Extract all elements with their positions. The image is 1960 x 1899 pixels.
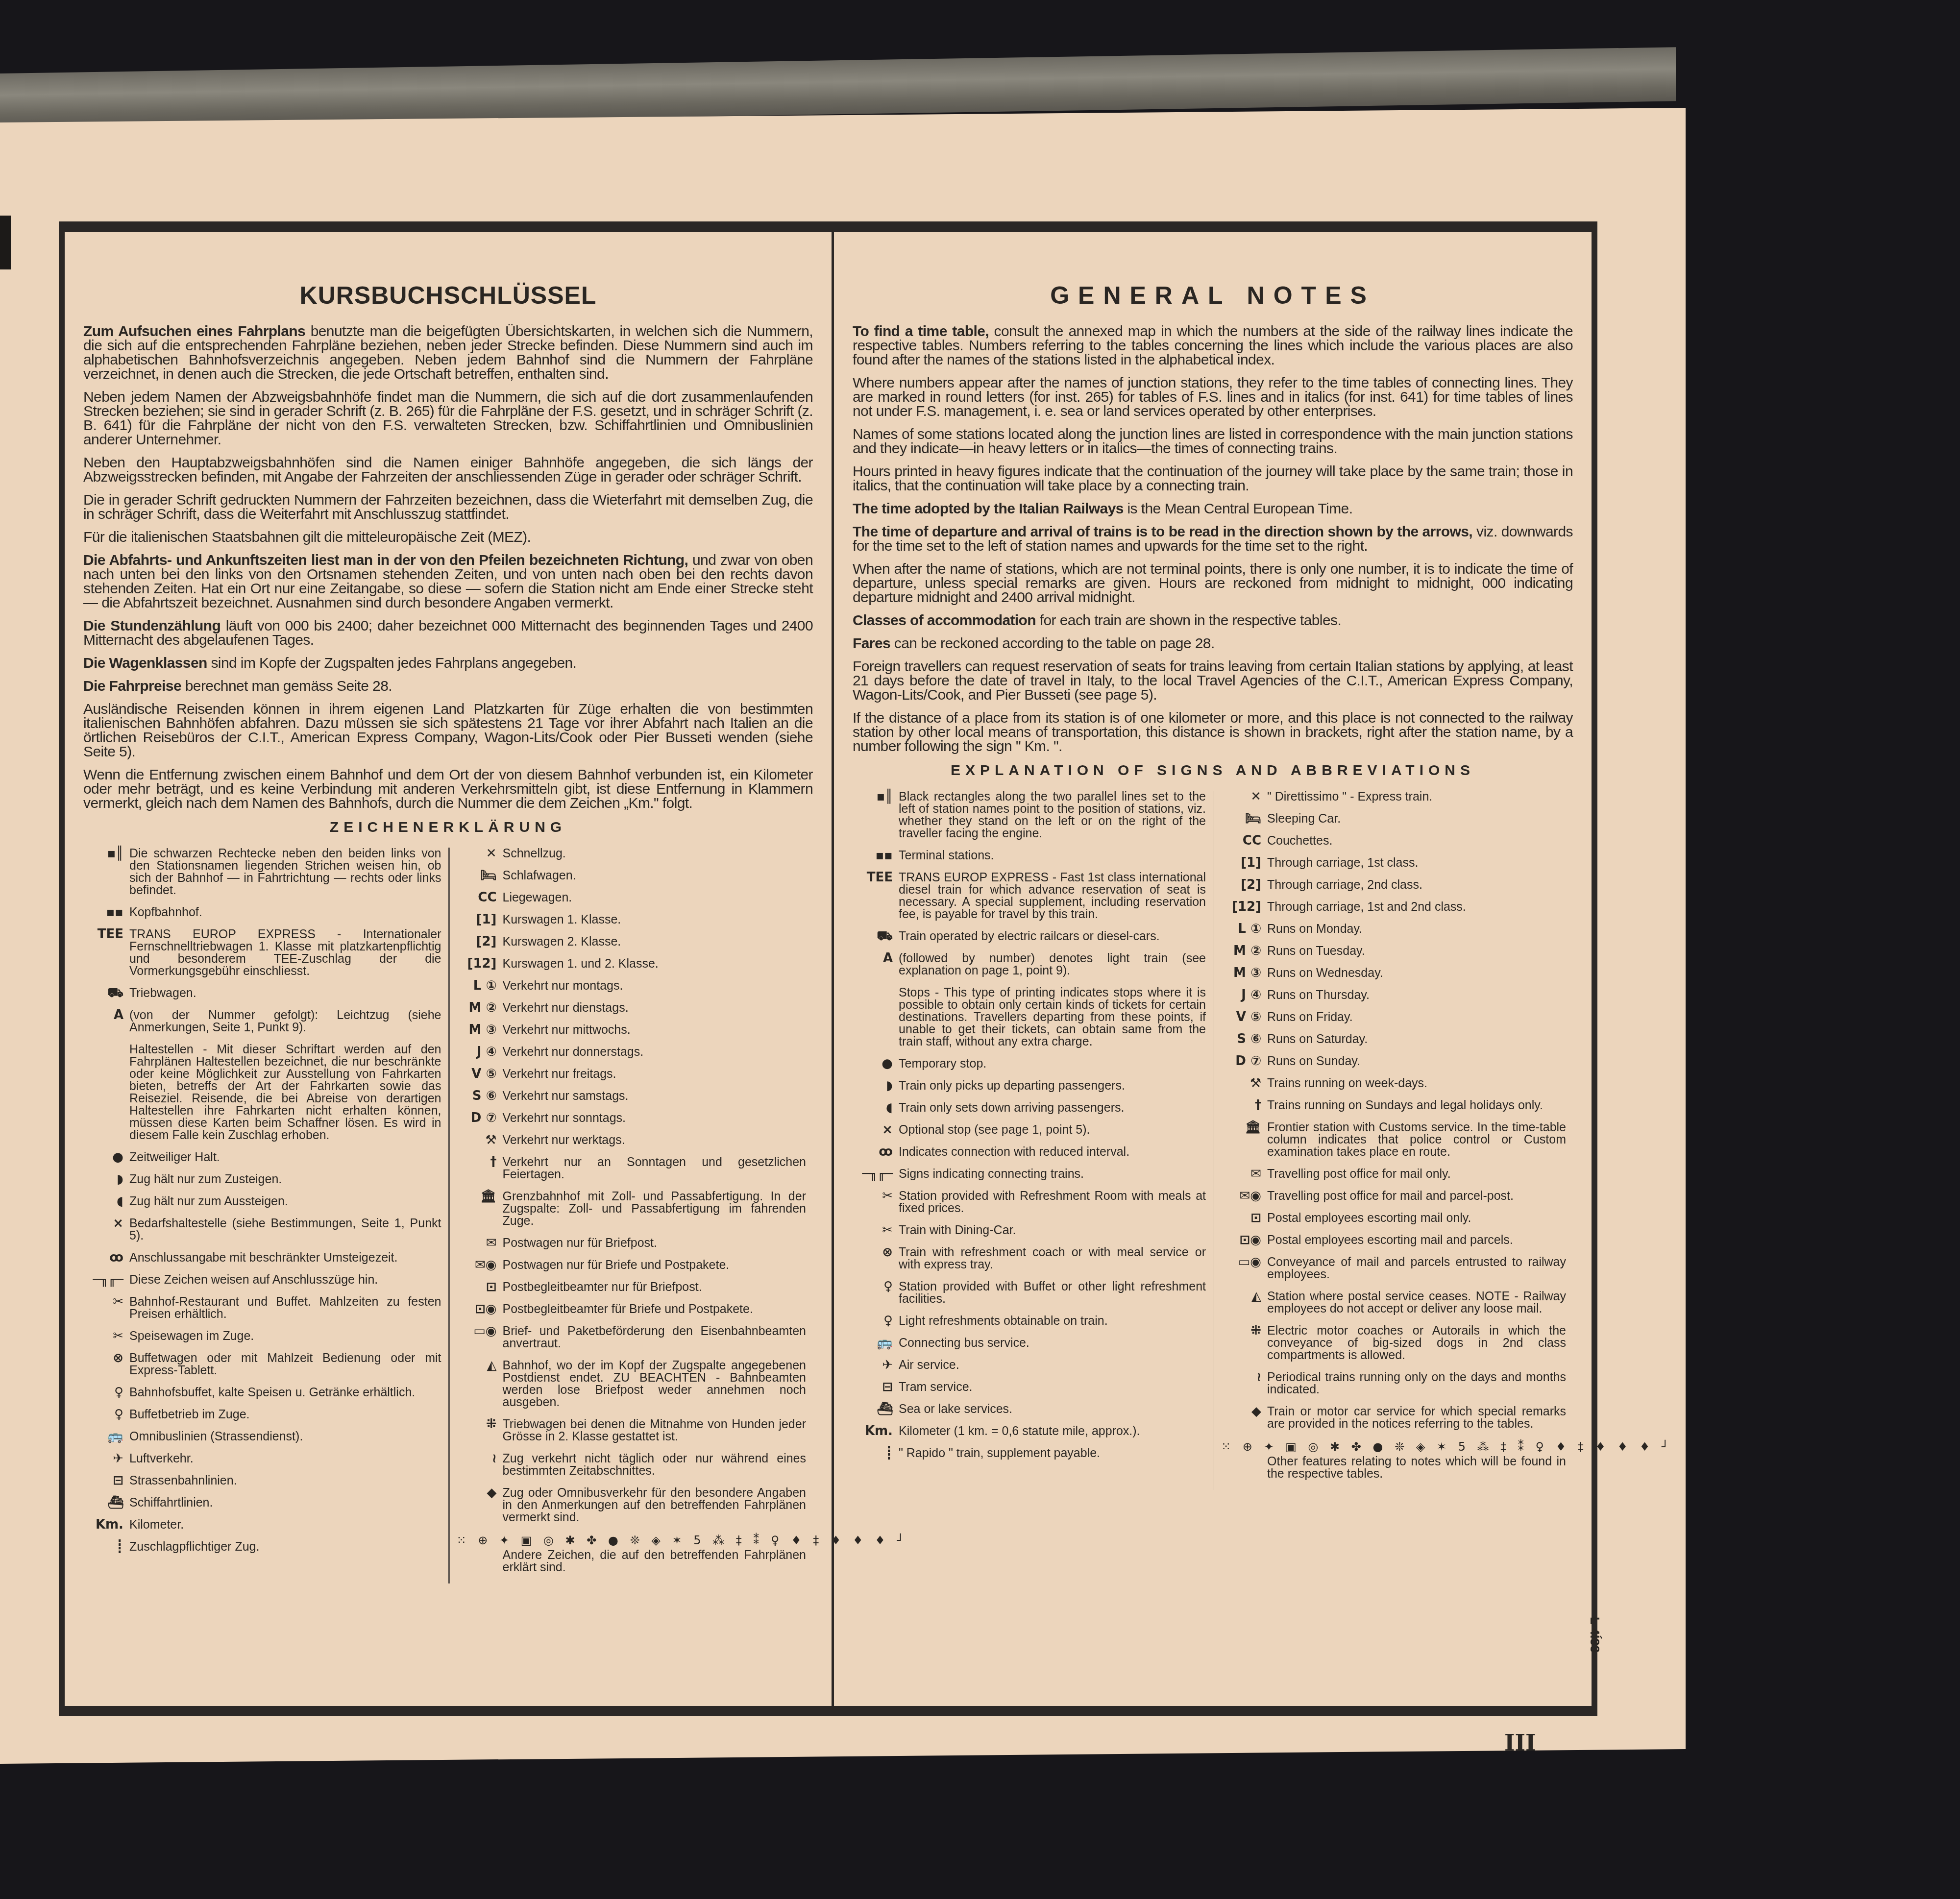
legend-text: Station provided with Refreshment Room w…: [899, 1190, 1206, 1215]
tee-icon: TEE: [853, 872, 899, 884]
legend-item: V ⑤Verkehrt nur freitags.: [457, 1068, 807, 1080]
legend-text: Postal employees escorting mail only.: [1267, 1212, 1566, 1224]
german-paragraphs: Zum Aufsuchen eines Fahrplans benutzte m…: [83, 324, 813, 810]
paragraph-text: Wenn die Entfernung zwischen einem Bahnh…: [83, 767, 813, 811]
legend-item: ✂Bahnhof-Restaurant und Buffet. Mahlzeit…: [83, 1296, 441, 1320]
legend-item: ×Optional stop (see page 1, point 5).: [853, 1124, 1206, 1136]
station-rectangles-icon: ▪║: [853, 791, 899, 803]
train-buffet-icon: ♀: [83, 1409, 129, 1421]
legend-item: ⊗Train with refreshment coach or with me…: [853, 1246, 1206, 1271]
legend-item: ◭Bahnhof, wo der im Kopf der Zugspalte a…: [457, 1360, 807, 1409]
paragraph: If the distance of a place from its stat…: [853, 711, 1573, 754]
legend-text: Air service.: [899, 1359, 1206, 1371]
legend-text: Kopfbahnhof.: [129, 906, 441, 919]
legend-item: Km.Kilometer.: [83, 1519, 441, 1531]
legend-item: ✉◉Travelling post office for mail and pa…: [1221, 1190, 1566, 1202]
legend-text: Buffetwagen oder mit Mahlzeit Bedienung …: [129, 1352, 441, 1377]
legend-item: ⛟Train operated by electric railcars or …: [853, 930, 1206, 943]
paragraph: Wenn die Entfernung zwischen einem Bahnh…: [83, 768, 813, 810]
paragraph-text: for each train are shown in the respecti…: [1036, 612, 1341, 629]
supplement-train-icon: ┋: [83, 1541, 129, 1553]
legend-item: [1]Through carriage, 1st class.: [1221, 857, 1566, 869]
legend-text: Frontier station with Customs service. I…: [1267, 1121, 1566, 1158]
legend-text: Verkehrt nur werktags.: [503, 1134, 807, 1146]
paragraph: The time of departure and arrival of tra…: [853, 525, 1573, 553]
legend-text: Diese Zeichen weisen auf Anschlusszüge h…: [129, 1274, 441, 1286]
legend-text: Schlafwagen.: [503, 870, 807, 882]
legend-text: Through carriage, 1st class.: [1267, 857, 1566, 869]
legend-item: [12]Through carriage, 1st and 2nd class.: [1221, 901, 1566, 913]
legend-text: Postbegleitbeamter nur für Briefpost.: [503, 1281, 807, 1293]
special-note-icon: ◆: [457, 1487, 503, 1499]
legend-item: L ①Verkehrt nur montags.: [457, 980, 807, 992]
page-title-german: KURSBUCHSCHLÜSSEL: [83, 281, 813, 310]
legend-text: Conveyance of mail and parcels entrusted…: [1267, 1256, 1566, 1281]
holidays-icon: †: [1221, 1099, 1267, 1112]
legend-text: Buffetbetrieb im Zuge.: [129, 1409, 441, 1421]
legend-item: ◖Train only sets down arriving passenger…: [853, 1102, 1206, 1114]
legend-text: Trains running on week-days.: [1267, 1077, 1566, 1090]
through-car-12-icon: [12]: [457, 958, 503, 970]
letter-parcel-post-icon: ✉◉: [457, 1259, 503, 1271]
paragraph-text: Neben den Hauptabzweigsbahnhöfen sind di…: [83, 455, 813, 485]
legend-text: Station where postal service ceases. NOT…: [1267, 1290, 1566, 1315]
paragraph-text: Neben jedem Namen der Abzweigsbahnhöfe f…: [83, 389, 813, 448]
legend-text: Sea or lake services.: [899, 1403, 1206, 1415]
legend-item: ⊡◉Postbegleitbeamter für Briefe und Post…: [457, 1303, 807, 1315]
legend-item: ◆Train or motor car service for which sp…: [1221, 1406, 1566, 1430]
other-symbols-row: ⁙ ⊕ ✦ ▣ ◎ ✱ ✤ ● ❊ ◈ ✶ 5 ⁂ ‡ ⁑ ♀ ♦ ‡ ♦ ♦ …: [1221, 1440, 1566, 1454]
legend-text: Speisewagen im Zuge.: [129, 1330, 441, 1342]
legend-item: ✕Schnellzug.: [457, 848, 807, 860]
letter-a-icon: A: [853, 952, 899, 965]
legend-german: ▪║Die schwarzen Rechtecke neben den beid…: [83, 848, 813, 1583]
legend-text: Omnibuslinien (Strassendienst).: [129, 1431, 441, 1443]
alighting-only-icon: ◖: [853, 1102, 899, 1114]
paragraph-text: is the Mean Central European Time.: [1124, 501, 1353, 517]
legend-item: CCCouchettes.: [1221, 835, 1566, 847]
legend-item: ⚒Trains running on week-days.: [1221, 1077, 1566, 1090]
legend-item: ◖Zug hält nur zum Aussteigen.: [83, 1195, 441, 1208]
legend-text: Tram service.: [899, 1381, 1206, 1393]
legend-item: M ③Verkehrt nur mittwochs.: [457, 1024, 807, 1036]
legend-text: Kurswagen 1. Klasse.: [503, 914, 807, 926]
paragraph-text: Hours printed in heavy figures indicate …: [853, 463, 1573, 494]
legend-item: ꝏAnschlussangabe mit beschränkter Umstei…: [83, 1252, 441, 1264]
station-buffet-icon: ♀: [853, 1281, 899, 1293]
legend-item: ⊡Postal employees escorting mail only.: [1221, 1212, 1566, 1224]
station-rectangles-icon: ▪║: [83, 848, 129, 860]
postal-escort-letters-icon: ⊡: [1221, 1212, 1267, 1224]
left-margin-mark: [0, 216, 11, 269]
legend-item: S ⑥Runs on Saturday.: [1221, 1033, 1566, 1046]
legend-text: Train only picks up departing passengers…: [899, 1080, 1206, 1092]
legend-item: ⊟Tram service.: [853, 1381, 1206, 1393]
legend-item: V ⑤Runs on Friday.: [1221, 1011, 1566, 1023]
side-print-code: L 4Í33: [1587, 1617, 1602, 1653]
legend-item: 🛏Schlafwagen.: [457, 870, 807, 882]
legend-text: Kurswagen 2. Klasse.: [503, 936, 807, 948]
legend-item: †Trains running on Sundays and legal hol…: [1221, 1099, 1566, 1112]
legend-item: ─╖╓─Diese Zeichen weisen auf Anschlusszü…: [83, 1274, 441, 1286]
legend-item: ≀Periodical trains running only on the d…: [1221, 1371, 1566, 1396]
legend-item: ▪║Black rectangles along the two paralle…: [853, 791, 1206, 840]
dogs-allowed-icon: ⁜: [1221, 1325, 1267, 1337]
postal-end-icon: ◭: [457, 1360, 503, 1372]
legend-item: ♀Buffetbetrieb im Zuge.: [83, 1409, 441, 1421]
bus-icon: 🚌: [853, 1337, 899, 1349]
paragraph: When after the name of stations, which a…: [853, 562, 1573, 605]
periodic-icon: ≀: [457, 1453, 503, 1465]
legend-item: D ⑦Verkehrt nur sonntags.: [457, 1112, 807, 1124]
through-car-2-icon: [2]: [457, 936, 503, 948]
legend-item: †Verkehrt nur an Sonntagen und gesetzlic…: [457, 1156, 807, 1181]
legend-item: J ④Runs on Thursday.: [1221, 989, 1566, 1001]
legend-item: ♀Station provided with Buffet or other l…: [853, 1281, 1206, 1305]
legend-item: Other features relating to notes which w…: [1221, 1456, 1566, 1480]
paragraph-lead: Die Fahrpreise: [83, 678, 181, 694]
legend-item: ⊗Buffetwagen oder mit Mahlzeit Bedienung…: [83, 1352, 441, 1377]
letter-parcel-post-icon: ✉◉: [1221, 1190, 1267, 1202]
paragraph: Die Abfahrts- und Ankunftszeiten liest m…: [83, 553, 813, 610]
thursday-icon: J ④: [1221, 989, 1267, 1001]
dogs-allowed-icon: ⁜: [457, 1418, 503, 1431]
paragraph: Hours printed in heavy figures indicate …: [853, 464, 1573, 493]
paragraph: Where numbers appear after the names of …: [853, 376, 1573, 418]
short-connection-icon: ꝏ: [853, 1146, 899, 1158]
couchette-icon: CC: [457, 892, 503, 904]
other-symbols-text: Other features relating to notes which w…: [1267, 1456, 1566, 1480]
legend-item: ✉Postwagen nur für Briefpost.: [457, 1237, 807, 1249]
legend-text: Runs on Thursday.: [1267, 989, 1566, 1001]
other-symbols-text: Andere Zeichen, die auf den betreffenden…: [503, 1549, 807, 1574]
english-column: GENERAL NOTES To find a time table, cons…: [834, 232, 1592, 1706]
legend-text: Postal employees escorting mail and parc…: [1267, 1234, 1566, 1246]
connection-sign-icon: ─╖╓─: [853, 1168, 899, 1180]
legend-text: Black rectangles along the two parallel …: [899, 791, 1206, 840]
german-column: KURSBUCHSCHLÜSSEL Zum Aufsuchen eines Fa…: [65, 232, 834, 1706]
legend-item: 🚌Connecting bus service.: [853, 1337, 1206, 1349]
legend-text: Electric motor coaches or Autorails in w…: [1267, 1325, 1566, 1362]
legend-item: 🏛Grenzbahnhof mit Zoll- und Passabfertig…: [457, 1191, 807, 1227]
legend-german-col1: ▪║Die schwarzen Rechtecke neben den beid…: [83, 848, 448, 1583]
railcar-icon: ⛟: [83, 987, 129, 999]
boarding-only-icon: ◗: [83, 1173, 129, 1186]
legend-text: Bedarfshaltestelle (siehe Bestimmungen, …: [129, 1217, 441, 1242]
buffet-car-icon: ⊗: [83, 1352, 129, 1364]
legend-item: ≀Zug verkehrt nicht täglich oder nur wäh…: [457, 1453, 807, 1477]
legend-text: Schiffahrtlinien.: [129, 1497, 441, 1509]
english-paragraphs: To find a time table, consult the annexe…: [853, 324, 1573, 754]
holidays-icon: †: [457, 1156, 503, 1169]
paragraph: Die Fahrpreise berechnet man gemäss Seit…: [83, 679, 813, 693]
paragraph: To find a time table, consult the annexe…: [853, 324, 1573, 367]
legend-text: Verkehrt nur freitags.: [503, 1068, 807, 1080]
legend-text: Zuschlagpflichtiger Zug.: [129, 1541, 441, 1553]
legend-item: ⛟Triebwagen.: [83, 987, 441, 999]
paragraph: Für die italienischen Staatsbahnen gilt …: [83, 530, 813, 544]
couchette-icon: CC: [1221, 835, 1267, 847]
paragraph: Fares can be reckoned according to the t…: [853, 636, 1573, 651]
paragraph: Foreign travellers can request reservati…: [853, 659, 1573, 702]
legend-item: S ⑥Verkehrt nur samstags.: [457, 1090, 807, 1102]
supplement-train-icon: ┋: [853, 1447, 899, 1460]
legend-text: Anschlussangabe mit beschränkter Umsteig…: [129, 1252, 441, 1264]
railcar-icon: ⛟: [853, 930, 899, 943]
legend-item: Haltestellen - Mit dieser Schriftart wer…: [83, 1044, 441, 1142]
legend-item: ⁜Triebwagen bei denen die Mitnahme von H…: [457, 1418, 807, 1443]
letter-a-icon: A: [83, 1009, 129, 1022]
legend-item: ▭◉Conveyance of mail and parcels entrust…: [1221, 1256, 1566, 1281]
page-number: III: [1504, 1729, 1536, 1756]
terminal-station-icon: ▪▪: [853, 850, 899, 862]
legend-text: Liegewagen.: [503, 892, 807, 904]
legend-item: ◗Train only picks up departing passenger…: [853, 1080, 1206, 1092]
rail-staff-mail-icon: ▭◉: [1221, 1256, 1267, 1268]
legend-item: ⊡Postbegleitbeamter nur für Briefpost.: [457, 1281, 807, 1293]
legend-item: ✂Train with Dining-Car.: [853, 1224, 1206, 1237]
legend-text: Zeitweiliger Halt.: [129, 1151, 441, 1164]
legend-text: Haltestellen - Mit dieser Schriftart wer…: [129, 1044, 441, 1142]
legend-item: ⛴Sea or lake services.: [853, 1403, 1206, 1415]
legend-title-english: EXPLANATION OF SIGNS AND ABBREVIATIONS: [853, 762, 1573, 779]
legend-text: Grenzbahnhof mit Zoll- und Passabfertigu…: [503, 1191, 807, 1227]
friday-icon: V ⑤: [457, 1068, 503, 1080]
legend-text: Bahnhof, wo der im Kopf der Zugspalte an…: [503, 1360, 807, 1409]
special-note-icon: ◆: [1221, 1406, 1267, 1418]
legend-text: (followed by number) denotes light train…: [899, 952, 1206, 977]
wednesday-icon: M ③: [1221, 967, 1267, 979]
legend-text: Through carriage, 1st and 2nd class.: [1267, 901, 1566, 913]
legend-text: Triebwagen.: [129, 987, 441, 999]
ship-icon: ⛴: [853, 1403, 899, 1415]
legend-item: M ③Runs on Wednesday.: [1221, 967, 1566, 979]
legend-item: ⚒Verkehrt nur werktags.: [457, 1134, 807, 1146]
legend-item: Stops - This type of printing indicates …: [853, 987, 1206, 1048]
legend-text: Postwagen nur für Briefe und Postpakete.: [503, 1259, 807, 1271]
customs-icon: 🏛: [1221, 1121, 1267, 1134]
legend-text: Zug hält nur zum Zusteigen.: [129, 1173, 441, 1186]
legend-text: Postwagen nur für Briefpost.: [503, 1237, 807, 1249]
paragraph-text: Ausländische Reisenden können in ihrem e…: [83, 701, 813, 760]
legend-text: Zug hält nur zum Aussteigen.: [129, 1195, 441, 1208]
request-stop-icon: ×: [83, 1217, 129, 1230]
sleeping-car-icon: 🛏: [457, 870, 503, 882]
legend-text: Verkehrt nur samstags.: [503, 1090, 807, 1102]
legend-text: Zug verkehrt nicht täglich oder nur währ…: [503, 1453, 807, 1477]
legend-item: ✉Travelling post office for mail only.: [1221, 1168, 1566, 1180]
legend-text: Periodical trains running only on the da…: [1267, 1371, 1566, 1396]
legend-text: Travelling post office for mail and parc…: [1267, 1190, 1566, 1202]
paragraph-text: Where numbers appear after the names of …: [853, 375, 1573, 419]
bus-icon: 🚌: [83, 1431, 129, 1443]
legend-text: Train or motor car service for which spe…: [1267, 1406, 1566, 1430]
paragraph: Neben den Hauptabzweigsbahnhöfen sind di…: [83, 456, 813, 484]
legend-text: Zug oder Omnibusverkehr für den besonder…: [503, 1487, 807, 1524]
paragraph: Names of some stations located along the…: [853, 427, 1573, 456]
legend-item: ⛴Schiffahrtlinien.: [83, 1497, 441, 1509]
legend-text: Postbegleitbeamter für Briefe und Postpa…: [503, 1303, 807, 1315]
station-buffet-icon: ♀: [83, 1387, 129, 1399]
paragraph-text: Die in gerader Schrift gedruckten Nummer…: [83, 492, 813, 522]
legend-item: M ②Runs on Tuesday.: [1221, 945, 1566, 957]
legend-item: A(von der Nummer gefolgt): Leichtzug (si…: [83, 1009, 441, 1034]
legend-text: Train with Dining-Car.: [899, 1224, 1206, 1237]
air-icon: ✈: [83, 1453, 129, 1465]
legend-item: [12]Kurswagen 1. und 2. Klasse.: [457, 958, 807, 970]
paragraph-text: When after the name of stations, which a…: [853, 561, 1573, 606]
tee-icon: TEE: [83, 928, 129, 941]
legend-text: Train with refreshment coach or with mea…: [899, 1246, 1206, 1271]
paragraph-text: berechnet man gemäss Seite 28.: [181, 678, 392, 694]
saturday-icon: S ⑥: [1221, 1033, 1267, 1046]
paragraph: Die Wagenklassen sind im Kopfe der Zugsp…: [83, 656, 813, 670]
dining-car-icon: ✂: [853, 1224, 899, 1237]
legend-item: 🛏Sleeping Car.: [1221, 813, 1566, 825]
thursday-icon: J ④: [457, 1046, 503, 1058]
other-symbols-row: ⁙ ⊕ ✦ ▣ ◎ ✱ ✤ ● ❊ ◈ ✶ 5 ⁂ ‡ ⁑ ♀ ♦ ‡ ♦ ♦ …: [457, 1534, 807, 1547]
train-buffet-icon: ♀: [853, 1315, 899, 1327]
legend-item: ✂Station provided with Refreshment Room …: [853, 1190, 1206, 1215]
paragraph: Ausländische Reisenden können in ihrem e…: [83, 702, 813, 759]
legend-item: 🏛Frontier station with Customs service. …: [1221, 1121, 1566, 1158]
restaurant-icon: ✂: [853, 1190, 899, 1202]
friday-icon: V ⑤: [1221, 1011, 1267, 1023]
legend-item: ✈Luftverkehr.: [83, 1453, 441, 1465]
legend-text: Runs on Saturday.: [1267, 1033, 1566, 1046]
km-icon: Km.: [83, 1519, 129, 1531]
legend-text: Temporary stop.: [899, 1058, 1206, 1070]
legend-item: ▭◉Brief- und Paketbeförderung den Eisenb…: [457, 1325, 807, 1350]
legend-text: Brief- und Paketbeförderung den Eisenbah…: [503, 1325, 807, 1350]
postal-escort-parcels-icon: ⊡◉: [457, 1303, 503, 1315]
legend-english: ▪║Black rectangles along the two paralle…: [853, 791, 1573, 1490]
km-icon: Km.: [853, 1425, 899, 1437]
legend-item: J ④Verkehrt nur donnerstags.: [457, 1046, 807, 1058]
legend-item: M ②Verkehrt nur dienstags.: [457, 1002, 807, 1014]
legend-text: Runs on Friday.: [1267, 1011, 1566, 1023]
legend-item: 🚌Omnibuslinien (Strassendienst).: [83, 1431, 441, 1443]
paragraph-text: sind im Kopfe der Zugspalten jedes Fahrp…: [207, 655, 577, 671]
legend-text: Verkehrt nur montags.: [503, 980, 807, 992]
legend-text: Train only sets down arriving passengers…: [899, 1102, 1206, 1114]
legend-text: Connecting bus service.: [899, 1337, 1206, 1349]
air-icon: ✈: [853, 1359, 899, 1371]
through-car-2-icon: [2]: [1221, 879, 1267, 891]
legend-text: Signs indicating connecting trains.: [899, 1168, 1206, 1180]
legend-text: Strassenbahnlinien.: [129, 1475, 441, 1487]
legend-item: [1]Kurswagen 1. Klasse.: [457, 914, 807, 926]
legend-text: Verkehrt nur mittwochs.: [503, 1024, 807, 1036]
legend-text: TRANS EUROP EXPRESS - Fast 1st class int…: [899, 872, 1206, 921]
paragraph: Die in gerader Schrift gedruckten Nummer…: [83, 493, 813, 521]
legend-text: Station provided with Buffet or other li…: [899, 1281, 1206, 1305]
legend-text: Sleeping Car.: [1267, 813, 1566, 825]
legend-english-col2: ✕" Direttissimo " - Express train.🛏Sleep…: [1213, 791, 1573, 1490]
legend-item: ◗Zug hält nur zum Zusteigen.: [83, 1173, 441, 1186]
letter-post-icon: ✉: [457, 1237, 503, 1249]
legend-item: ⊡◉Postal employees escorting mail and pa…: [1221, 1234, 1566, 1246]
sunday-icon: D ⑦: [1221, 1055, 1267, 1068]
legend-text: Stops - This type of printing indicates …: [899, 987, 1206, 1048]
terminal-station-icon: ▪▪: [83, 906, 129, 919]
tram-icon: ⊟: [83, 1475, 129, 1487]
through-car-1-icon: [1]: [1221, 857, 1267, 869]
page-title-english: GENERAL NOTES: [853, 281, 1573, 310]
paragraph-lead: The time adopted by the Italian Railways: [853, 501, 1124, 517]
legend-item: ▪▪Terminal stations.: [853, 850, 1206, 862]
legend-item: ⊟Strassenbahnlinien.: [83, 1475, 441, 1487]
legend-item: ✈Air service.: [853, 1359, 1206, 1371]
buffet-car-icon: ⊗: [853, 1246, 899, 1259]
legend-text: Optional stop (see page 1, point 5).: [899, 1124, 1206, 1136]
legend-item: ꝏIndicates connection with reduced inter…: [853, 1146, 1206, 1158]
paragraph-text: Names of some stations located along the…: [853, 426, 1573, 457]
tuesday-icon: M ②: [457, 1002, 503, 1014]
dining-car-icon: ✂: [83, 1330, 129, 1342]
legend-item: D ⑦Runs on Sunday.: [1221, 1055, 1566, 1068]
legend-text: Through carriage, 2nd class.: [1267, 879, 1566, 891]
legend-item: ♀Light refreshments obtainable on train.: [853, 1315, 1206, 1327]
legend-text: (von der Nummer gefolgt): Leichtzug (sie…: [129, 1009, 441, 1034]
legend-text: Kilometer.: [129, 1519, 441, 1531]
legend-item: ◆Zug oder Omnibusverkehr für den besonde…: [457, 1487, 807, 1524]
legend-text: Schnellzug.: [503, 848, 807, 860]
legend-item: A(followed by number) denotes light trai…: [853, 952, 1206, 977]
legend-text: Verkehrt nur sonntags.: [503, 1112, 807, 1124]
ship-icon: ⛴: [83, 1497, 129, 1509]
legend-text: Die schwarzen Rechtecke neben den beiden…: [129, 848, 441, 897]
legend-item: L ①Runs on Monday.: [1221, 923, 1566, 935]
through-car-12-icon: [12]: [1221, 901, 1267, 913]
request-stop-icon: ×: [853, 1124, 899, 1136]
legend-item: TEETRANS EUROP EXPRESS - Internationaler…: [83, 928, 441, 977]
sunday-icon: D ⑦: [457, 1112, 503, 1124]
express-train-icon: ✕: [1221, 791, 1267, 803]
short-connection-icon: ꝏ: [83, 1252, 129, 1264]
legend-text: Couchettes.: [1267, 835, 1566, 847]
legend-text: " Rapido " train, supplement payable.: [899, 1447, 1206, 1460]
boarding-only-icon: ◗: [853, 1080, 899, 1092]
paragraph: Classes of accommodation for each train …: [853, 613, 1573, 628]
periodic-icon: ≀: [1221, 1371, 1267, 1384]
through-car-1-icon: [1]: [457, 914, 503, 926]
legend-text: " Direttissimo " - Express train.: [1267, 791, 1566, 803]
content-frame: KURSBUCHSCHLÜSSEL Zum Aufsuchen eines Fa…: [59, 221, 1597, 1716]
legend-item: ×Bedarfshaltestelle (siehe Bestimmungen,…: [83, 1217, 441, 1242]
letter-post-icon: ✉: [1221, 1168, 1267, 1180]
legend-item: ─╖╓─Signs indicating connecting trains.: [853, 1168, 1206, 1180]
legend-text: Triebwagen bei denen die Mitnahme von Hu…: [503, 1418, 807, 1443]
paragraph: The time adopted by the Italian Railways…: [853, 502, 1573, 516]
postal-escort-parcels-icon: ⊡◉: [1221, 1234, 1267, 1246]
legend-title-german: ZEICHENERKLÄRUNG: [83, 819, 813, 836]
legend-item: ⁜Electric motor coaches or Autorails in …: [1221, 1325, 1566, 1362]
legend-item: ✂Speisewagen im Zuge.: [83, 1330, 441, 1342]
legend-item: Andere Zeichen, die auf den betreffenden…: [457, 1549, 807, 1574]
restaurant-icon: ✂: [83, 1296, 129, 1308]
legend-text: Kilometer (1 km. = 0,6 statute mile, app…: [899, 1425, 1206, 1437]
tram-icon: ⊟: [853, 1381, 899, 1393]
rail-staff-mail-icon: ▭◉: [457, 1325, 503, 1338]
legend-german-col2: ✕Schnellzug.🛏Schlafwagen.CCLiegewagen.[1…: [448, 848, 813, 1583]
sleeping-car-icon: 🛏: [1221, 813, 1267, 825]
legend-item: ┋Zuschlagpflichtiger Zug.: [83, 1541, 441, 1553]
paragraph: Die Stundenzählung läuft von 000 bis 240…: [83, 619, 813, 647]
legend-text: Runs on Monday.: [1267, 923, 1566, 935]
legend-item: [2]Kurswagen 2. Klasse.: [457, 936, 807, 948]
weekdays-icon: ⚒: [457, 1134, 503, 1146]
